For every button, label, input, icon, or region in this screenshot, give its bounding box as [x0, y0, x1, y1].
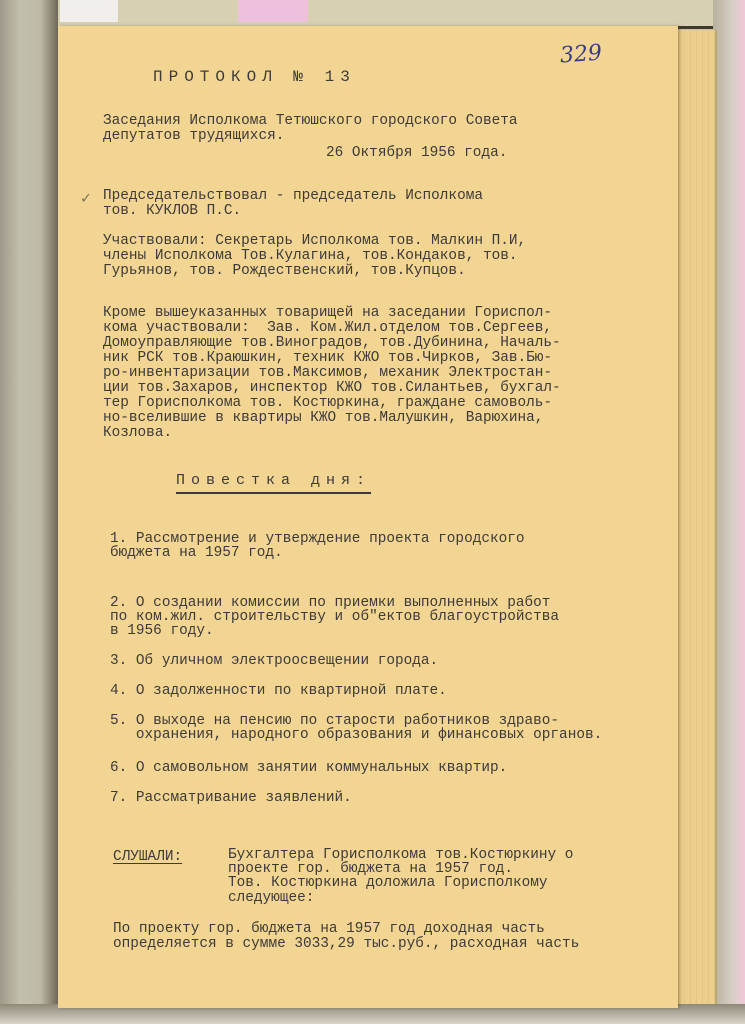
heard-line: проекте гор. бюджета на 1957 год. — [228, 862, 513, 876]
budget-line: По проекту гор. бюджета на 1957 год дохо… — [113, 922, 545, 936]
participants-line: Гурьянов, тов. Рождественский, тов.Купцо… — [103, 264, 466, 278]
white-paper-corner — [60, 0, 118, 22]
agenda-item-4-line: 4. О задолженности по квартирной плате. — [110, 684, 447, 698]
others-line: но-вселившие в квартиры КЖО тов.Малушкин… — [103, 411, 543, 425]
heard-label: СЛУШАЛИ: — [113, 850, 182, 864]
document-page: 329 ПРОТОКОЛ № 13 Заседания Исполкома Те… — [58, 26, 678, 1008]
previous-page-edge — [58, 0, 718, 29]
heard-line: следующее: — [228, 891, 314, 905]
chair-line-2: тов. КУКЛОВ П.С. — [103, 204, 241, 218]
others-line: кома участвовали: Зав. Ком.Жил.отделом т… — [103, 321, 552, 335]
participants-line: Участвовали: Секретарь Исполкома тов. Ма… — [103, 234, 526, 248]
others-line: ник РСК тов.Краюшкин, техник КЖО тов.Чир… — [103, 351, 552, 365]
chair-line-1: Председательствовал - председатель Испол… — [103, 189, 483, 203]
agenda-item-5-line: 5. О выходе на пенсию по старости работн… — [110, 714, 559, 728]
agenda-item-2-line: в 1956 году. — [110, 624, 214, 638]
agenda-item-2-line: 2. О создании комиссии по приемки выполн… — [110, 596, 550, 610]
agenda-item-6-line: 6. О самовольном занятии коммунальных кв… — [110, 761, 507, 775]
others-line: Домоуправляющие тов.Виноградов, тов.Дуби… — [103, 336, 561, 350]
agenda-heading: Повестка дня: — [176, 472, 371, 494]
pink-bookmark-tab — [238, 0, 308, 22]
others-line: тер Горисполкома тов. Костюркина, гражда… — [103, 396, 552, 410]
agenda-item-5-line: охранения, народного образования и финан… — [110, 728, 602, 742]
document-title: ПРОТОКОЛ № 13 — [153, 68, 356, 86]
folio-number: 329 — [559, 41, 603, 69]
agenda-item-1-line: 1. Рассмотрение и утверждение проекта го… — [110, 532, 525, 546]
agenda-item-7-line: 7. Рассматривание заявлений. — [110, 791, 352, 805]
agenda-item-1-line: бюджета на 1957 год. — [110, 546, 283, 560]
background-right — [713, 0, 745, 1024]
others-line: Козлова. — [103, 426, 172, 440]
heard-line: Бухгалтера Горисполкома тов.Костюркину о — [228, 848, 573, 862]
budget-line: определяется в сумме 3033,29 тыс.руб., р… — [113, 937, 579, 951]
document-date: 26 Октября 1956 года. — [326, 146, 507, 160]
agenda-item-2-line: по ком.жил. строительству и об"ектов бла… — [110, 610, 559, 624]
subtitle-line-2: депутатов трудящихся. — [103, 129, 284, 143]
others-line: Кроме вышеуказанных товарищей на заседан… — [103, 306, 552, 320]
others-line: ции тов.Захаров, инспектор КЖО тов.Силан… — [103, 381, 561, 395]
agenda-item-3-line: 3. Об уличном электроосвещении города. — [110, 654, 438, 668]
participants-line: члены Исполкома Тов.Кулагина, тов.Кондак… — [103, 249, 518, 263]
checkmark-icon: ✓ — [81, 188, 91, 208]
heard-line: Тов. Костюркина доложила Горисполкому — [228, 876, 548, 890]
others-line: ро-инвентаризации тов.Максимов, механик … — [103, 366, 552, 380]
binder-spine-left — [0, 0, 58, 1024]
subtitle-line-1: Заседания Исполкома Тетюшского городског… — [103, 114, 518, 128]
